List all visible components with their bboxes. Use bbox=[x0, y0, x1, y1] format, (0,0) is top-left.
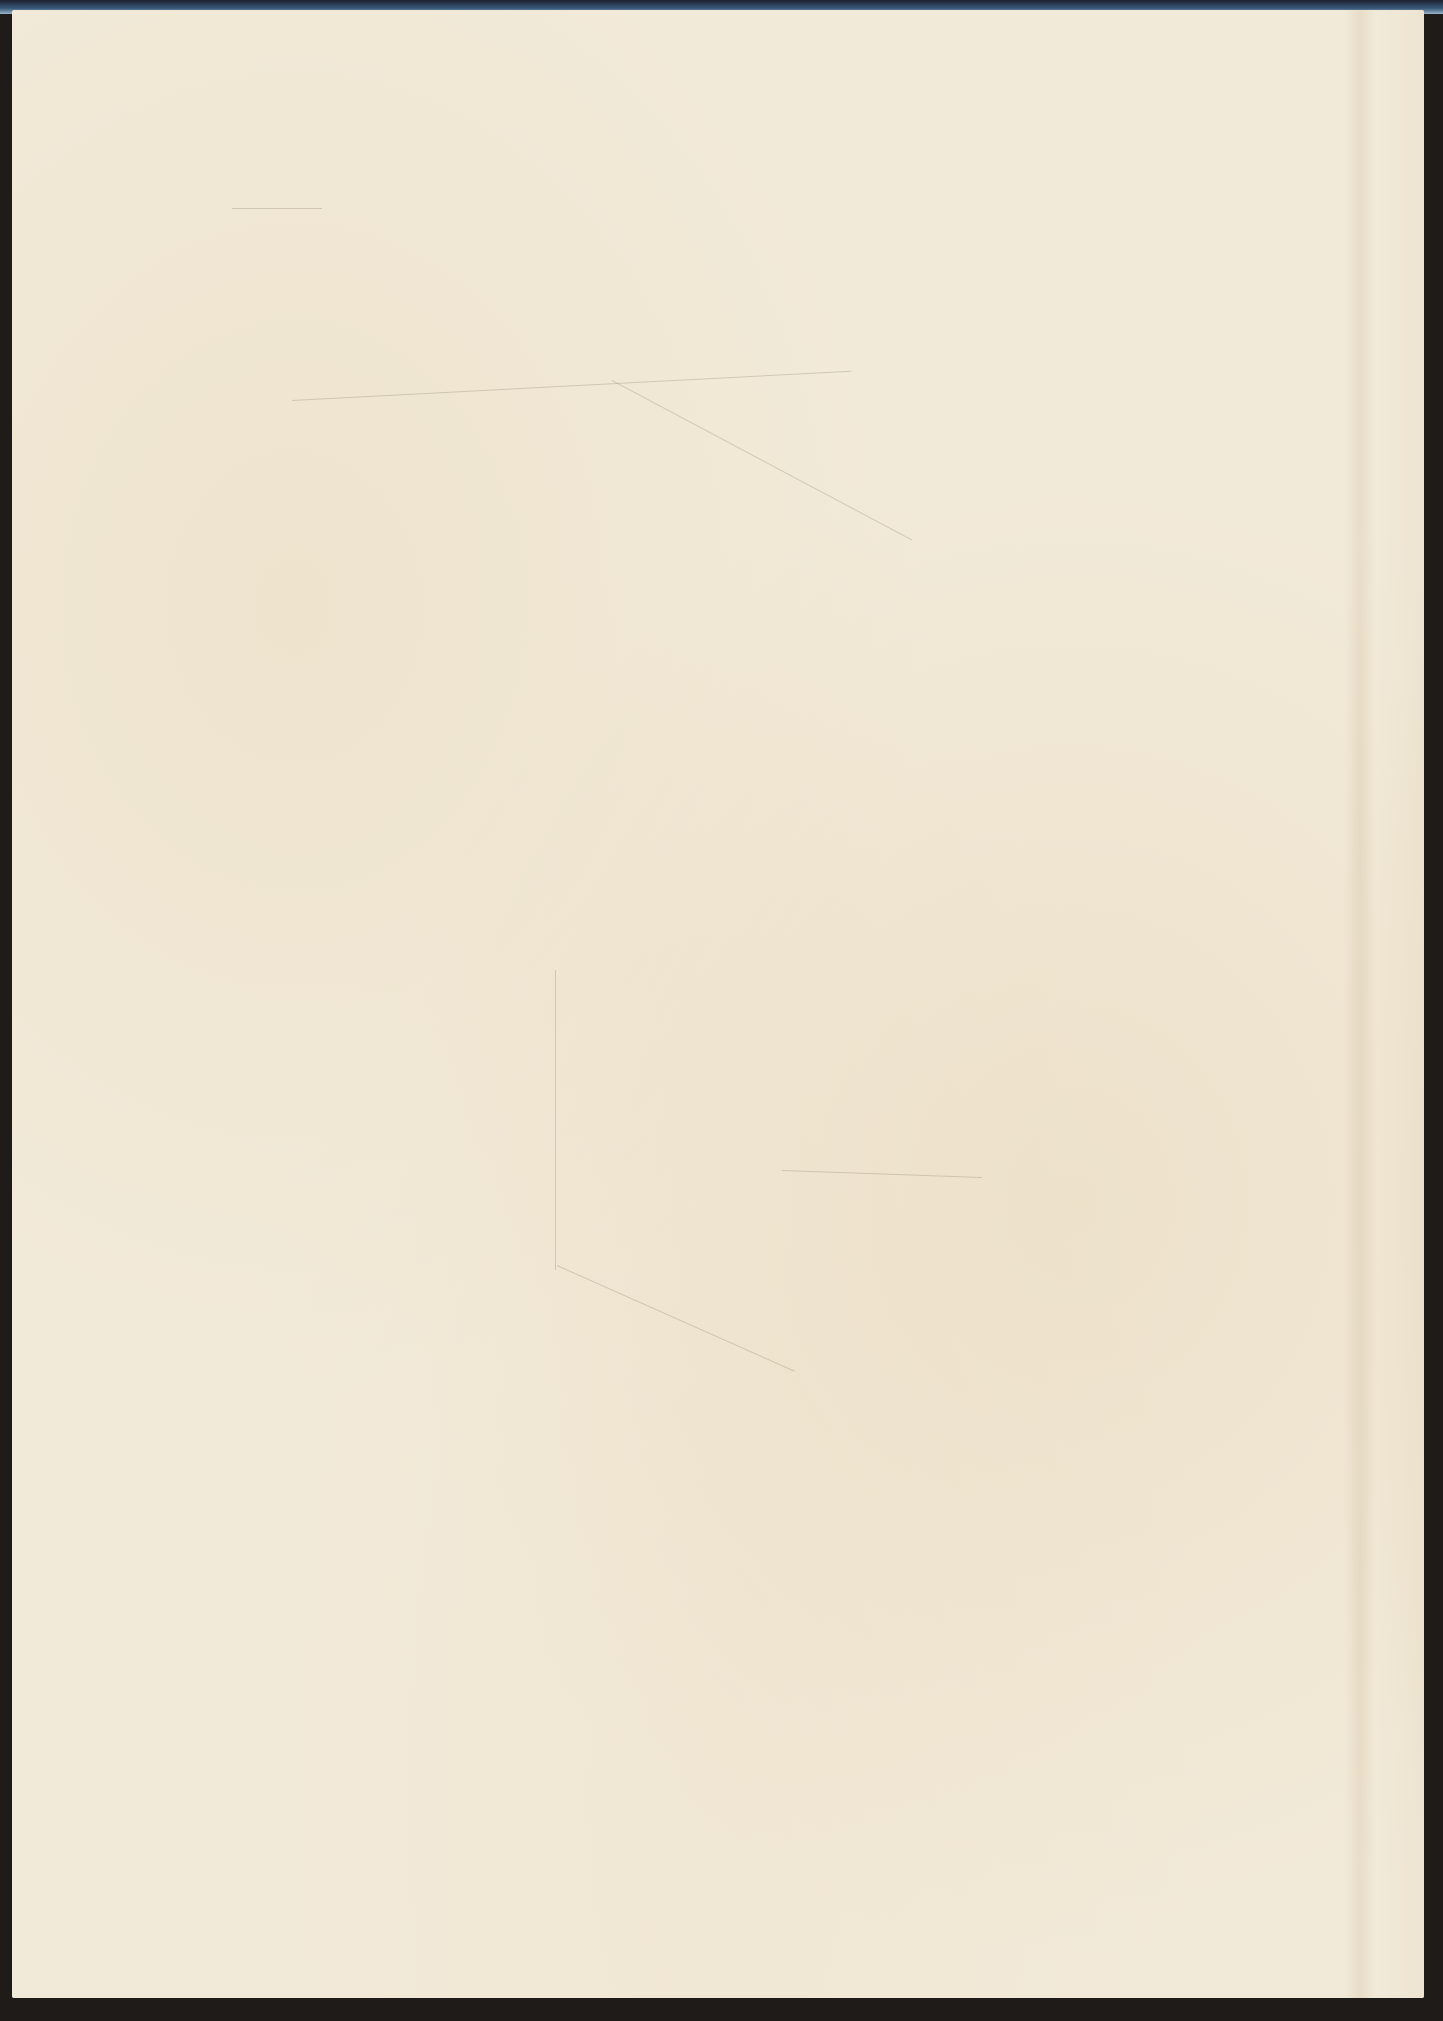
paper-scratch bbox=[557, 1265, 795, 1372]
paper-crease bbox=[555, 970, 556, 1270]
blank-paper-page bbox=[12, 10, 1424, 1998]
paper-scratch bbox=[292, 371, 851, 401]
paper-scratch bbox=[782, 1170, 982, 1178]
page-spine-shading bbox=[1344, 10, 1424, 1998]
paper-scratch bbox=[232, 208, 322, 209]
paper-scratch bbox=[612, 380, 913, 541]
